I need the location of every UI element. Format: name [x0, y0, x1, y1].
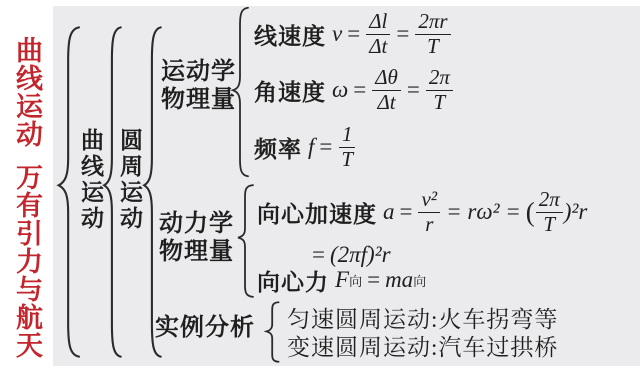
fraction: 2π T [426, 66, 453, 114]
fraction: 2πr T [415, 10, 450, 58]
formula-frequency: 频率 f = 1 T [254, 122, 357, 172]
subscript: 向 [349, 271, 362, 290]
example-varying-circular-motion: 变速圆周运动:汽车过拱桥 [287, 331, 558, 359]
fraction: Δθ Δt [372, 66, 401, 114]
paren-open: ( [526, 197, 535, 228]
example-uniform-circular-motion: 匀速圆周运动:火车拐弯等 [287, 303, 558, 331]
root-title-line2: 万有引力与航天 [12, 163, 42, 359]
branch-curvilinear-label: 曲线运动 [79, 128, 102, 232]
root-title-line1: 曲线运动 [12, 36, 42, 148]
subscript: 向 [413, 271, 426, 290]
fraction: 1 T [338, 123, 356, 171]
examples-label: 实例分析 [155, 314, 255, 342]
formula-centripetal-acceleration: 向心加速度 a = v² r = rω² = ( 2π T )²r [257, 186, 587, 238]
formula-centripetal-force: 向心力 F向 = ma向 [257, 265, 426, 295]
root-title: 曲线运动万有引力与航天 [13, 36, 40, 366]
formula-linear-velocity: 线速度 v = Δl Δt = 2πr T [254, 9, 452, 59]
dynamics-label: 动力学 物理量 [159, 210, 234, 266]
concept-map-circular-motion: { "colors": { "accent_red": "#c2262c", "… [0, 0, 640, 378]
brace-kinematics [231, 6, 251, 178]
brace-dynamics [236, 184, 256, 298]
branch-circular-label: 圆周运动 [118, 128, 141, 232]
fraction: v² r [418, 188, 440, 236]
formula-angular-velocity: 角速度 ω = Δθ Δt = 2π T [254, 65, 454, 115]
kinematics-label: 运动学 物理量 [161, 58, 236, 114]
brace-examples [265, 301, 281, 363]
fraction: Δl Δt [366, 10, 390, 58]
fraction: 2π T [536, 188, 563, 236]
